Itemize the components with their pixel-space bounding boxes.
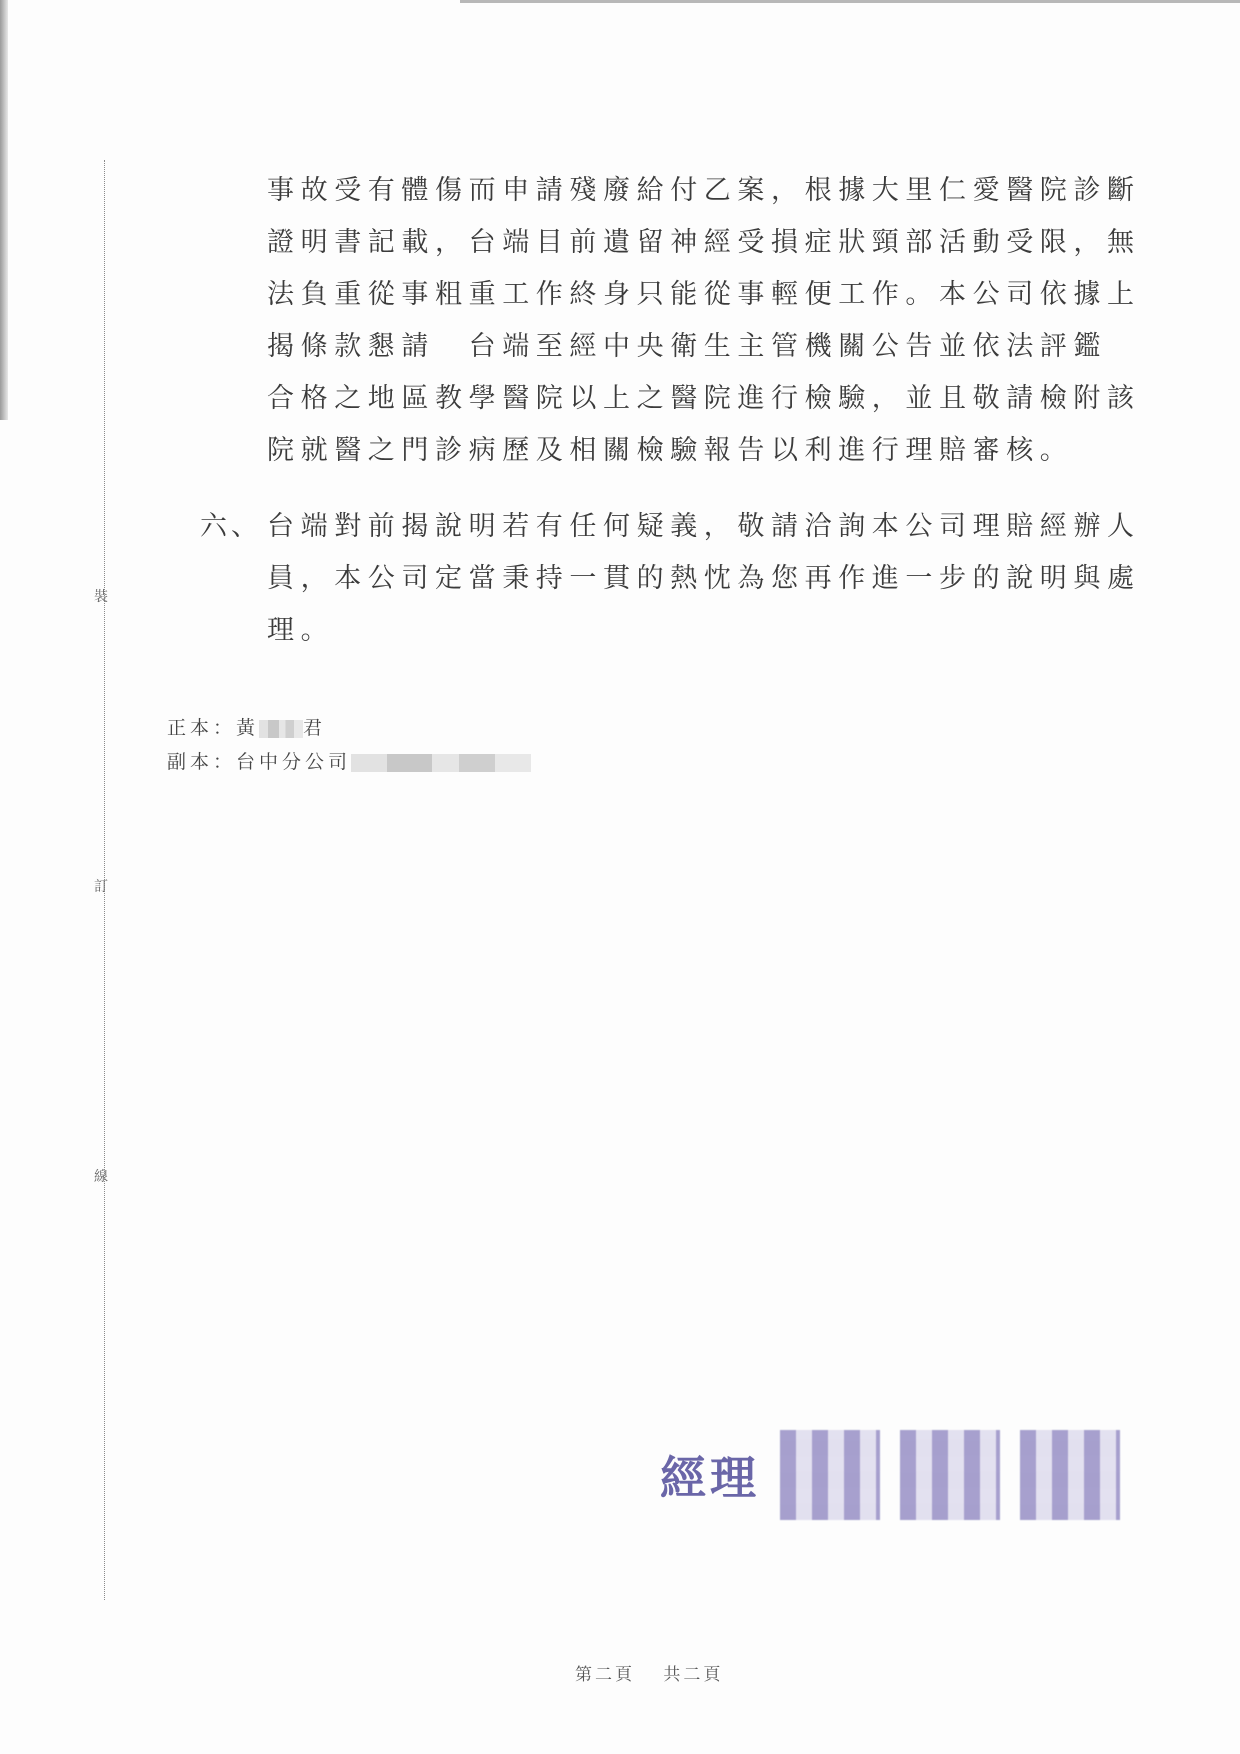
body-line: 員，本公司定當秉持一貫的熱忱為您再作進一步的說明與處 (267, 556, 1117, 595)
body-line: 揭條款懇請 台端至經中央衛生主管機關公告並依法評鑑 (267, 324, 1117, 363)
body-line: 法負重從事粗重工作終身只能從事輕便工作。本公司依據上 (267, 272, 1117, 311)
original-recipient: 正本：黃君 (167, 713, 326, 740)
page-number: 第二頁 共二頁 (575, 1660, 723, 1685)
signature-title: 經理 (660, 1442, 760, 1508)
redacted-branch (351, 754, 531, 772)
original-name-suffix: 君 (303, 717, 326, 739)
scan-edge-left (0, 0, 8, 420)
scan-edge-top (460, 0, 1240, 3)
redacted-signature-name (780, 1430, 880, 1520)
redacted-name (259, 720, 303, 738)
copy-label: 副本： (167, 751, 236, 773)
body-line: 合格之地區教學醫院以上之醫院進行檢驗，並且敬請檢附該 (267, 376, 1117, 415)
body-line: 事故受有體傷而申請殘廢給付乙案，根據大里仁愛醫院診斷 (267, 168, 1117, 207)
original-label: 正本： (167, 717, 236, 739)
binding-char-xian: 線 (94, 1166, 108, 1186)
item-number: 六、 (200, 504, 262, 543)
body-line: 證明書記載，台端目前遺留神經受損症狀頸部活動受限，無 (267, 220, 1117, 259)
binding-char-ding: 訂 (94, 876, 108, 896)
copy-value: 台中分公司 (236, 751, 351, 773)
binding-char-zhuang: 裝 (94, 586, 108, 606)
body-line: 理。 (267, 608, 1117, 647)
redacted-signature-name (900, 1430, 1000, 1520)
redacted-signature-name (1020, 1430, 1120, 1520)
copy-recipient: 副本：台中分公司 (167, 747, 531, 774)
body-line: 院就醫之門診病歷及相關檢驗報告以利進行理賠審核。 (267, 428, 1117, 467)
original-name-prefix: 黃 (236, 717, 259, 739)
manager-signature: 經理 (660, 1425, 1120, 1525)
body-line: 台端對前揭說明若有任何疑義，敬請洽詢本公司理賠經辦人 (267, 504, 1117, 543)
